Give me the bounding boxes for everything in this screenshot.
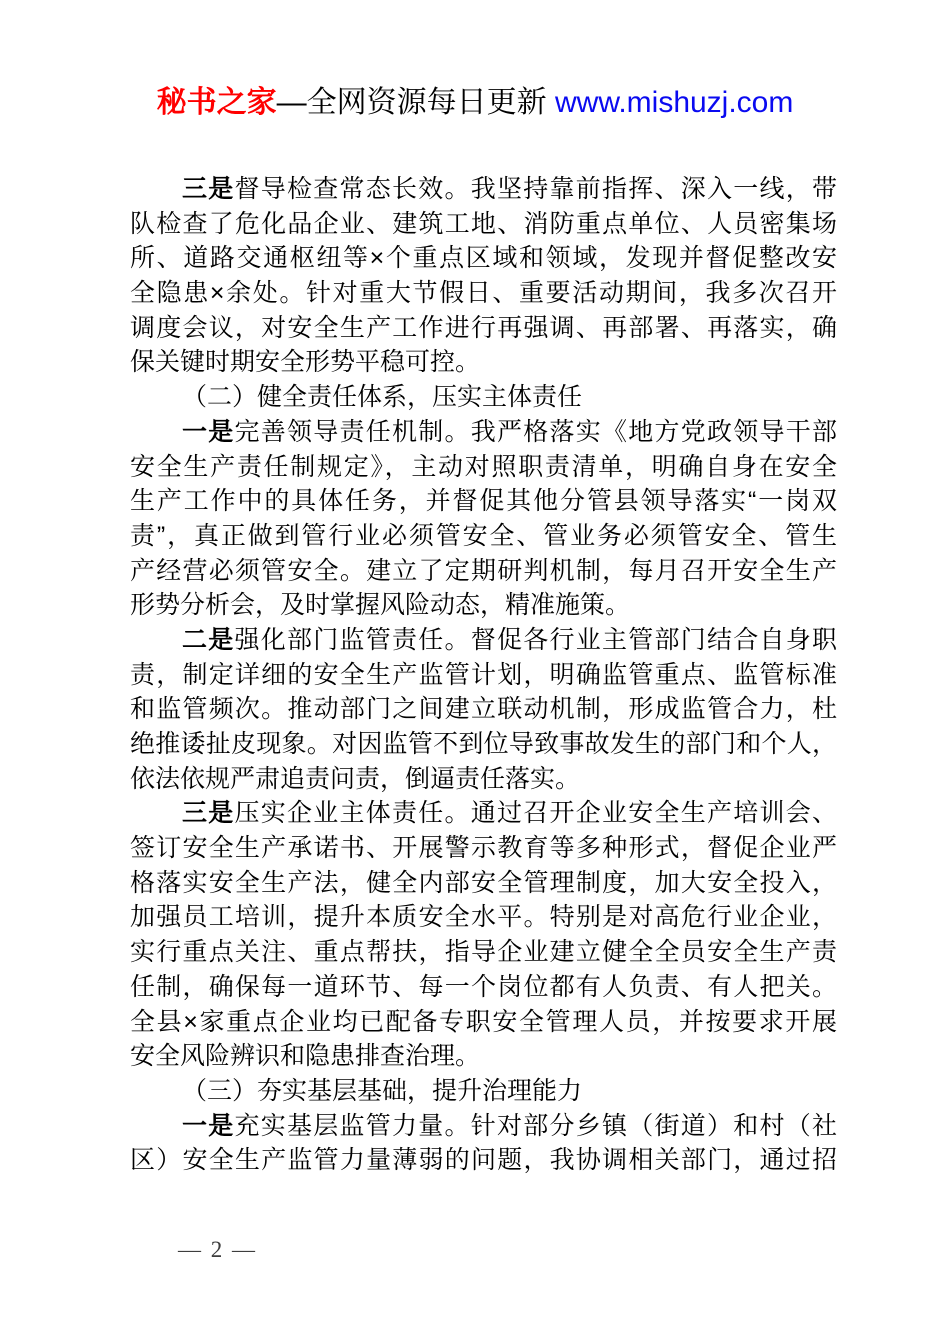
text-run: 区）安全生产监管力量薄弱的问题，我协调相关部门，通过招 (130, 1146, 837, 1174)
site-tagline: —全网资源每日更新 (277, 86, 555, 119)
text-run: 实行重点关注、重点帮扶，指导企业建立健全全员安全生产责 (130, 938, 837, 966)
text-line: （三）夯实基层基础，提升治理能力 (130, 1074, 837, 1109)
text-line: 二是强化部门监管责任。督促各行业主管部门结合自身职 (130, 623, 837, 658)
text-line: 生产工作中的具体任务，并督促其他分管县领导落实“一岗双 (130, 484, 837, 519)
text-line: 签订安全生产承诺书、开展警示教育等多种形式，督促企业严 (130, 831, 837, 866)
text-run: 调度会议，对安全生产工作进行再强调、再部署、再落实，确 (130, 314, 837, 342)
bold-run: 三是 (182, 175, 235, 203)
text-run: （三）夯实基层基础，提升治理能力 (182, 1077, 582, 1105)
bold-run: 一是 (182, 418, 235, 446)
text-run: 全隐患×余处。针对重大节假日、重要活动期间，我多次召开 (130, 279, 837, 307)
text-line: 责”，真正做到管行业必须管安全、管业务必须管安全、管生 (130, 519, 837, 554)
text-line: 产经营必须管安全。建立了定期研判机制，每月召开安全生产 (130, 554, 837, 589)
bold-run: 三是 (182, 799, 235, 827)
text-line: 绝推诿扯皮现象。对因监管不到位导致事故发生的部门和个人， (130, 727, 837, 762)
text-run: 格落实安全生产法，健全内部安全管理制度，加大安全投入， (130, 869, 837, 897)
text-line: 安全生产责任制规定》，主动对照职责清单，明确自身在安全 (130, 450, 837, 485)
text-line: 责，制定详细的安全生产监管计划，明确监管重点、监管标准 (130, 658, 837, 693)
text-line: 依法依规严肃追责问责，倒逼责任落实。 (130, 762, 837, 797)
text-run: 强化部门监管责任。督促各行业主管部门结合自身职 (235, 626, 837, 654)
site-header: 秘书之家—全网资源每日更新 www.mishuzj.com (0, 86, 950, 120)
page-number: — 2 — (178, 1237, 257, 1262)
text-line: 队检查了危化品企业、建筑工地、消防重点单位、人员密集场 (130, 207, 837, 242)
document-page: 秘书之家—全网资源每日更新 www.mishuzj.com 三是督导检查常态长效… (0, 0, 950, 1344)
text-line: 实行重点关注、重点帮扶，指导企业建立健全全员安全生产责 (130, 935, 837, 970)
text-run: 依法依规严肃追责问责，倒逼责任落实。 (130, 765, 580, 793)
text-line: 格落实安全生产法，健全内部安全管理制度，加大安全投入， (130, 866, 837, 901)
text-run: 安全生产责任制规定》，主动对照职责清单，明确自身在安全 (130, 453, 837, 481)
text-line: 全隐患×余处。针对重大节假日、重要活动期间，我多次召开 (130, 276, 837, 311)
text-line: 三是督导检查常态长效。我坚持靠前指挥、深入一线，带 (130, 172, 837, 207)
document-body: 三是督导检查常态长效。我坚持靠前指挥、深入一线，带队检查了危化品企业、建筑工地、… (130, 172, 837, 1178)
text-run: 充实基层监管力量。针对部分乡镇（街道）和村（社 (235, 1112, 837, 1140)
text-run: 压实企业主体责任。通过召开企业安全生产培训会、 (235, 799, 837, 827)
text-line: 形势分析会，及时掌握风险动态，精准施策。 (130, 588, 837, 623)
text-run: 责，制定详细的安全生产监管计划，明确监管重点、监管标准 (130, 661, 837, 689)
text-line: 一是完善领导责任机制。我严格落实《地方党政领导干部 (130, 415, 837, 450)
site-name: 秘书之家 (157, 86, 277, 119)
text-line: 安全风险辨识和隐患排查治理。 (130, 1039, 837, 1074)
text-line: 和监管频次。推动部门之间建立联动机制，形成监管合力，杜 (130, 692, 837, 727)
text-line: 全县×家重点企业均已配备专职安全管理人员，并按要求开展 (130, 1005, 837, 1040)
text-run: 督导检查常态长效。我坚持靠前指挥、深入一线，带 (235, 175, 837, 203)
text-line: 保关键时期安全形势平稳可控。 (130, 345, 837, 380)
text-line: 一是充实基层监管力量。针对部分乡镇（街道）和村（社 (130, 1109, 837, 1144)
text-line: 加强员工培训，提升本质安全水平。特别是对高危行业企业， (130, 900, 837, 935)
text-run: 完善领导责任机制。我严格落实《地方党政领导干部 (235, 418, 837, 446)
bold-run: 二是 (182, 626, 235, 654)
text-run: 队检查了危化品企业、建筑工地、消防重点单位、人员密集场 (130, 210, 837, 238)
text-line: （二）健全责任体系，压实主体责任 (130, 380, 837, 415)
text-line: 所、道路交通枢纽等×个重点区域和领域，发现并督促整改安 (130, 241, 837, 276)
page-footer: — 2 — (178, 1236, 257, 1264)
text-run: 产经营必须管安全。建立了定期研判机制，每月召开安全生产 (130, 557, 837, 585)
text-run: 任制，确保每一道环节、每一个岗位都有人负责、有人把关。 (130, 973, 837, 1001)
text-run: 形势分析会，及时掌握风险动态，精准施策。 (130, 591, 630, 619)
site-url-link[interactable]: www.mishuzj.com (555, 86, 793, 119)
text-run: （二）健全责任体系，压实主体责任 (182, 383, 582, 411)
text-run: 责”，真正做到管行业必须管安全、管业务必须管安全、管生 (130, 522, 837, 550)
text-line: 三是压实企业主体责任。通过召开企业安全生产培训会、 (130, 796, 837, 831)
text-run: 保关键时期安全形势平稳可控。 (130, 348, 480, 376)
bold-run: 一是 (182, 1112, 235, 1140)
text-run: 和监管频次。推动部门之间建立联动机制，形成监管合力，杜 (130, 695, 837, 723)
text-run: 绝推诿扯皮现象。对因监管不到位导致事故发生的部门和个人， (130, 730, 837, 758)
text-line: 任制，确保每一道环节、每一个岗位都有人负责、有人把关。 (130, 970, 837, 1005)
text-run: 全县×家重点企业均已配备专职安全管理人员，并按要求开展 (130, 1008, 837, 1036)
text-run: 加强员工培训，提升本质安全水平。特别是对高危行业企业， (130, 903, 837, 931)
text-run: 生产工作中的具体任务，并督促其他分管县领导落实“一岗双 (130, 487, 837, 515)
text-run: 所、道路交通枢纽等×个重点区域和领域，发现并督促整改安 (130, 244, 837, 272)
text-line: 调度会议，对安全生产工作进行再强调、再部署、再落实，确 (130, 311, 837, 346)
text-run: 签订安全生产承诺书、开展警示教育等多种形式，督促企业严 (130, 834, 837, 862)
text-line: 区）安全生产监管力量薄弱的问题，我协调相关部门，通过招 (130, 1143, 837, 1178)
text-run: 安全风险辨识和隐患排查治理。 (130, 1042, 480, 1070)
